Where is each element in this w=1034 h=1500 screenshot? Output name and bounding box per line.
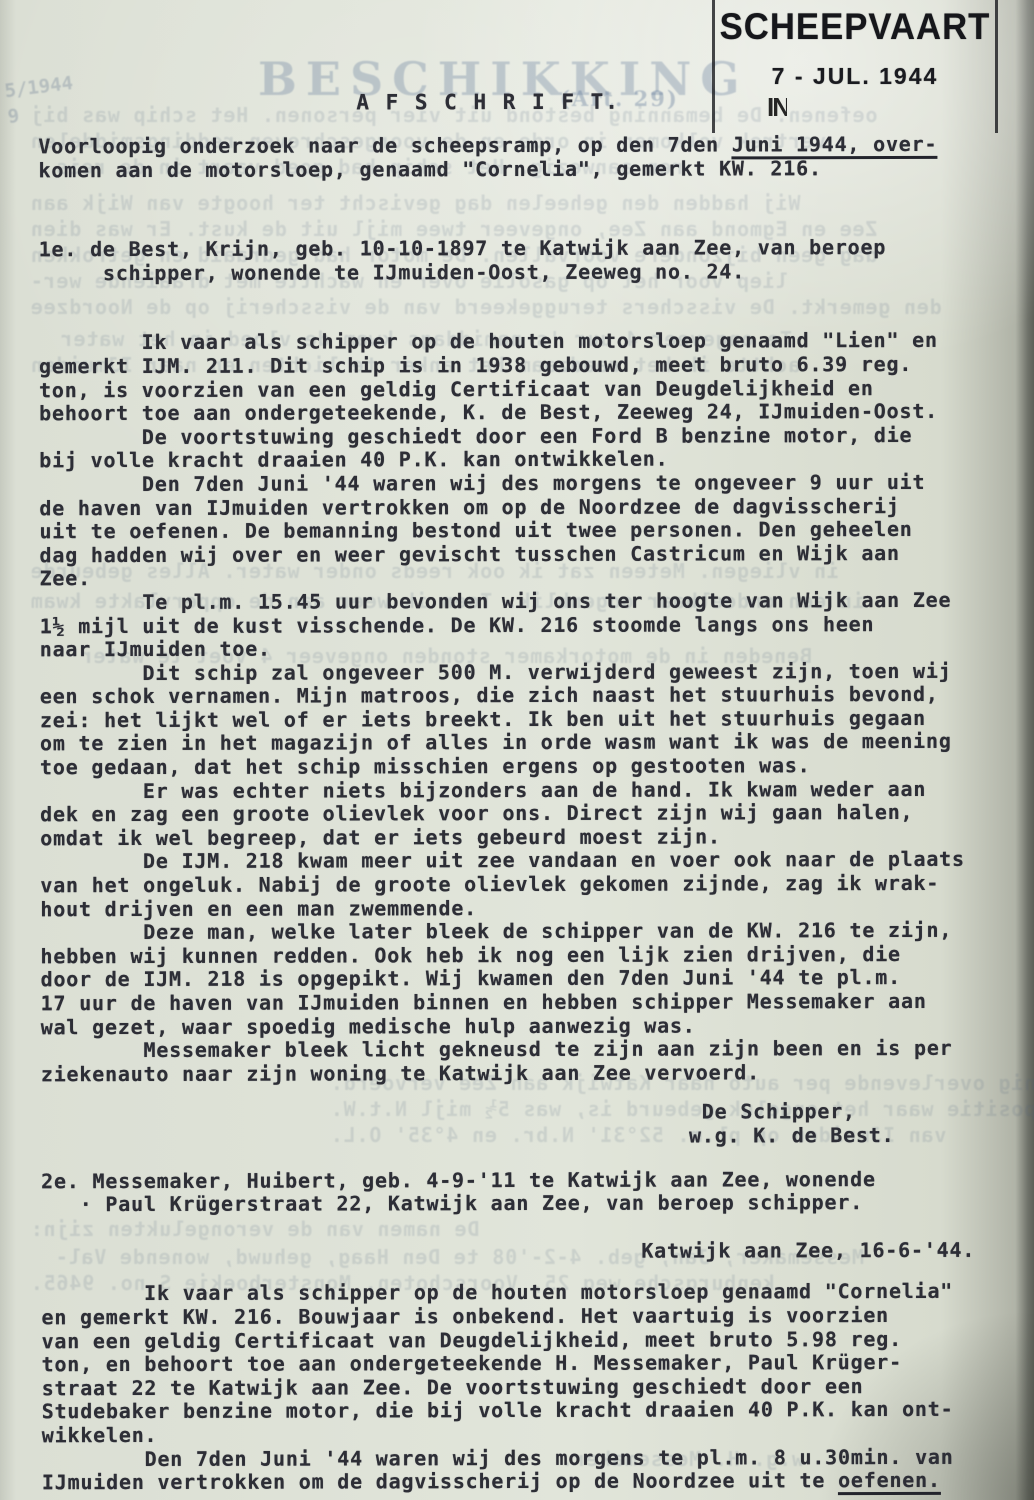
text-line: komen aan de motorsloep, genaamd "Cornel… xyxy=(38,156,1010,182)
text-line: van het ongeluk. Nabij de groote olievle… xyxy=(40,872,1012,898)
text-line: Den 7den Juni '44 waren wij des morgens … xyxy=(39,471,1011,497)
text-line: · Paul Krügerstraat 22, Katwijk aan Zee,… xyxy=(41,1191,1013,1217)
document-body: Voorloopig onderzoek naar de scheepsramp… xyxy=(38,133,1014,1495)
text-line: dag hadden wij over en weer gevischt tus… xyxy=(39,541,1011,567)
text-line: De Schipper, xyxy=(689,1100,1013,1124)
text-line: om te zien in het magazijn of alles in o… xyxy=(40,730,1012,756)
text-line: Katwijk aan Zee, 16-6-'44. xyxy=(641,1238,1013,1263)
text-line: ziekenauto naar zijn woning te Katwijk a… xyxy=(41,1060,1013,1086)
scanned-document-page: BESCHIKKING (Art. 29) 5/1944 9 oefenen. … xyxy=(0,0,1034,1500)
text-line: Te pl.m. 15.45 uur bevonden wij ons ter … xyxy=(40,589,1012,615)
text-line: dek en zag een groote olievlek voor ons.… xyxy=(40,801,1012,827)
block-para: Er was echter niets bijzonders aan de ha… xyxy=(40,777,1012,850)
text-line: Messemaker bleek licht gekneusd te zijn … xyxy=(41,1037,1013,1063)
block-date-right: Katwijk aan Zee, 16-6-'44. xyxy=(641,1238,1013,1263)
text-line: 1½ mijl uit de kust visschende. De KW. 2… xyxy=(40,612,1012,638)
block-signature: De Schipper,w.g. K. de Best. xyxy=(689,1100,1013,1148)
block-heading: Voorloopig onderzoek naar de scheepsramp… xyxy=(38,133,1010,183)
text-line: 1e. de Best, Krijn, geb. 10-10-1897 te K… xyxy=(39,236,1011,262)
block-para-spaced: Ik vaar als schipper op de houten motors… xyxy=(39,329,1011,426)
block-numbered: 1e. de Best, Krijn, geb. 10-10-1897 te K… xyxy=(39,236,1011,286)
text-line: schipper, wonende te IJmuiden-Oost, Zeew… xyxy=(39,259,1011,285)
block-para: Te pl.m. 15.45 uur bevonden wij ons ter … xyxy=(40,589,1012,662)
block-para: Deze man, welke later bleek de schipper … xyxy=(40,919,1012,1040)
block-para: Dit schip zal ongeveer 500 M. verwijderd… xyxy=(40,659,1012,780)
text-line: w.g. K. de Best. xyxy=(689,1124,1013,1148)
text-line: 2e. Messemaker, Huibert, geb. 4-9-'11 te… xyxy=(41,1167,1013,1193)
text-line: gemerkt IJM. 211. Dit schip is in 1938 g… xyxy=(39,353,1011,379)
underlined-text: Juni 1944, over- xyxy=(732,132,938,160)
text-line: IJmuiden vertrokken om de dagvisscherij … xyxy=(42,1469,1014,1495)
document-title: A F S C H R I F T. xyxy=(356,89,1010,115)
text-line: behoort toe aan ondergeteekende, K. de B… xyxy=(39,400,1011,426)
text-line: en gemerkt KW. 216. Bouwjaar is onbekend… xyxy=(41,1304,1013,1330)
block-para: Den 7den Juni '44 waren wij des morgens … xyxy=(39,471,1011,592)
text-line: naar IJmuiden toe. xyxy=(40,636,1012,662)
block-para: Messemaker bleek licht gekneusd te zijn … xyxy=(41,1037,1013,1087)
underlined-text: oefenen. xyxy=(838,1468,941,1495)
block-para: Den 7den Juni '44 waren wij des morgens … xyxy=(42,1445,1014,1495)
text-line: wikkelen. xyxy=(42,1422,1014,1448)
block-para-spaced2: Ik vaar als schipper op de houten motors… xyxy=(41,1280,1013,1448)
block-numbered2: 2e. Messemaker, Huibert, geb. 4-9-'11 te… xyxy=(41,1167,1013,1217)
text-line: Voorloopig onderzoek naar de scheepsramp… xyxy=(38,133,1010,159)
text-line: ton, en behoort toe aan ondergeteekende … xyxy=(42,1351,1014,1377)
text-line: 17 uur de haven van IJmuiden binnen en h… xyxy=(41,990,1013,1016)
text-line: uit te oefenen. De bemanning bestond uit… xyxy=(39,518,1011,544)
typed-document: A F S C H R I F T. Voorloopig onderzoek … xyxy=(0,0,1034,1500)
text-line: Studebaker benzine motor, die bij volle … xyxy=(42,1398,1014,1424)
text-line: toe gedaan, dat het schip misschien erge… xyxy=(40,754,1012,780)
block-para: De voortstuwing geschiedt door een Ford … xyxy=(39,423,1011,473)
text-line: De voortstuwing geschiedt door een Ford … xyxy=(39,423,1011,449)
block-para: De IJM. 218 kwam meer uit zee vandaan en… xyxy=(40,848,1012,921)
